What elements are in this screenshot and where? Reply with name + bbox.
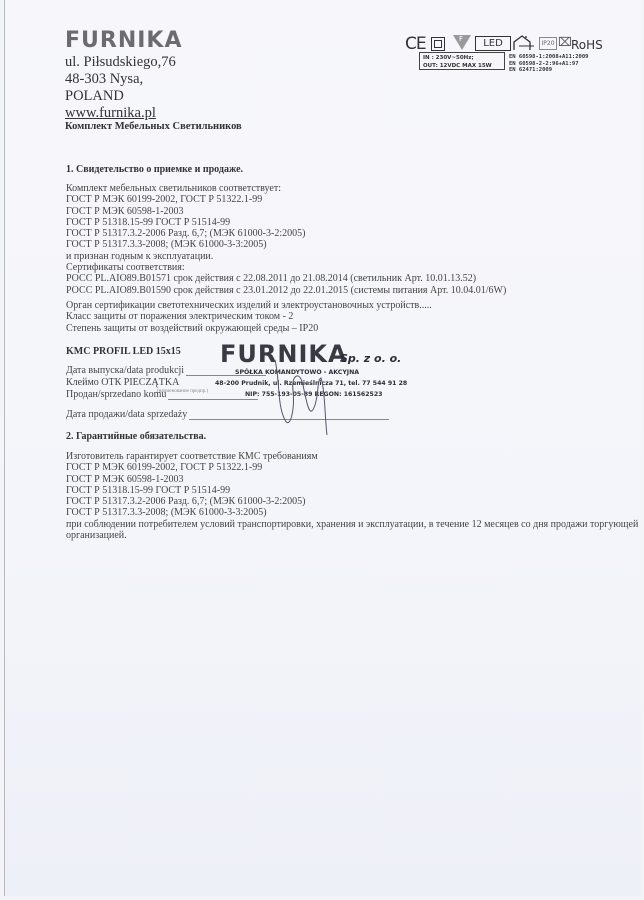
weee-crossed-bin-icon: ⌧ bbox=[558, 35, 572, 50]
en-standards: EN 60598-1:2008+A11:2009 EN 60598-2-2:96… bbox=[509, 54, 588, 74]
company-logo: FURNIKA bbox=[65, 28, 183, 53]
section-2-heading: 2. Гарантийные обязательства. bbox=[66, 431, 206, 442]
address-city: 48-303 Nysa, bbox=[65, 71, 176, 88]
company-name-hint: (наименование предпр.) bbox=[157, 389, 208, 394]
address-country: POLAND bbox=[65, 88, 176, 105]
warranty-terms: при соблюдении потребителем условий тран… bbox=[66, 519, 638, 530]
qc-stamp-field: Клеймо ОТК PIECZĄTKA bbox=[66, 377, 179, 388]
ip20-icon: IP20 bbox=[539, 37, 557, 50]
section-1-protection: Орган сертификации светотехнических изде… bbox=[66, 300, 432, 334]
indoor-use-icon bbox=[513, 35, 535, 51]
section-1-body: Комплект мебельных светильников соответс… bbox=[66, 183, 506, 296]
company-website-link[interactable]: www.furnika.pl bbox=[65, 105, 176, 122]
section-2-body: Изготовитель гарантирует соответствие КМ… bbox=[66, 451, 638, 541]
company-address: ul. Piłsudskiego,76 48-303 Nysa, POLAND … bbox=[65, 54, 176, 122]
certificate-1: РОСС PL.AIO89.B01571 срок действия с 22.… bbox=[66, 273, 506, 284]
product-name: KMC PROFIL LED 15x15 bbox=[66, 346, 181, 357]
class-ii-insulation-icon bbox=[431, 37, 445, 51]
led-icon: LED bbox=[475, 36, 511, 51]
certification-marks: CE F LED IN : 230V~50Hz; OUT: 12VDC MAX … bbox=[405, 34, 635, 84]
section-1-heading: 1. Свидетельство о приемке и продаже. bbox=[66, 164, 243, 175]
stamp-legal-form: Sp. z o. o. bbox=[340, 352, 401, 365]
document-title: Комплект Мебельных Светильников bbox=[65, 121, 242, 132]
f-mark-icon: F bbox=[453, 35, 471, 50]
electrical-rating-box: IN : 230V~50Hz; OUT: 12VDC MAX 15W bbox=[419, 52, 505, 70]
certificate-2: РОСС PL.AIO89.B01590 срок действия с 23.… bbox=[66, 285, 506, 296]
signature bbox=[255, 350, 345, 440]
scanned-document-page: FURNIKA ul. Piłsudskiego,76 48-303 Nysa,… bbox=[4, 0, 641, 896]
ce-mark-icon: CE bbox=[405, 34, 426, 54]
rohs-mark: RoHS bbox=[571, 38, 603, 52]
address-street: ul. Piłsudskiego,76 bbox=[65, 54, 176, 71]
